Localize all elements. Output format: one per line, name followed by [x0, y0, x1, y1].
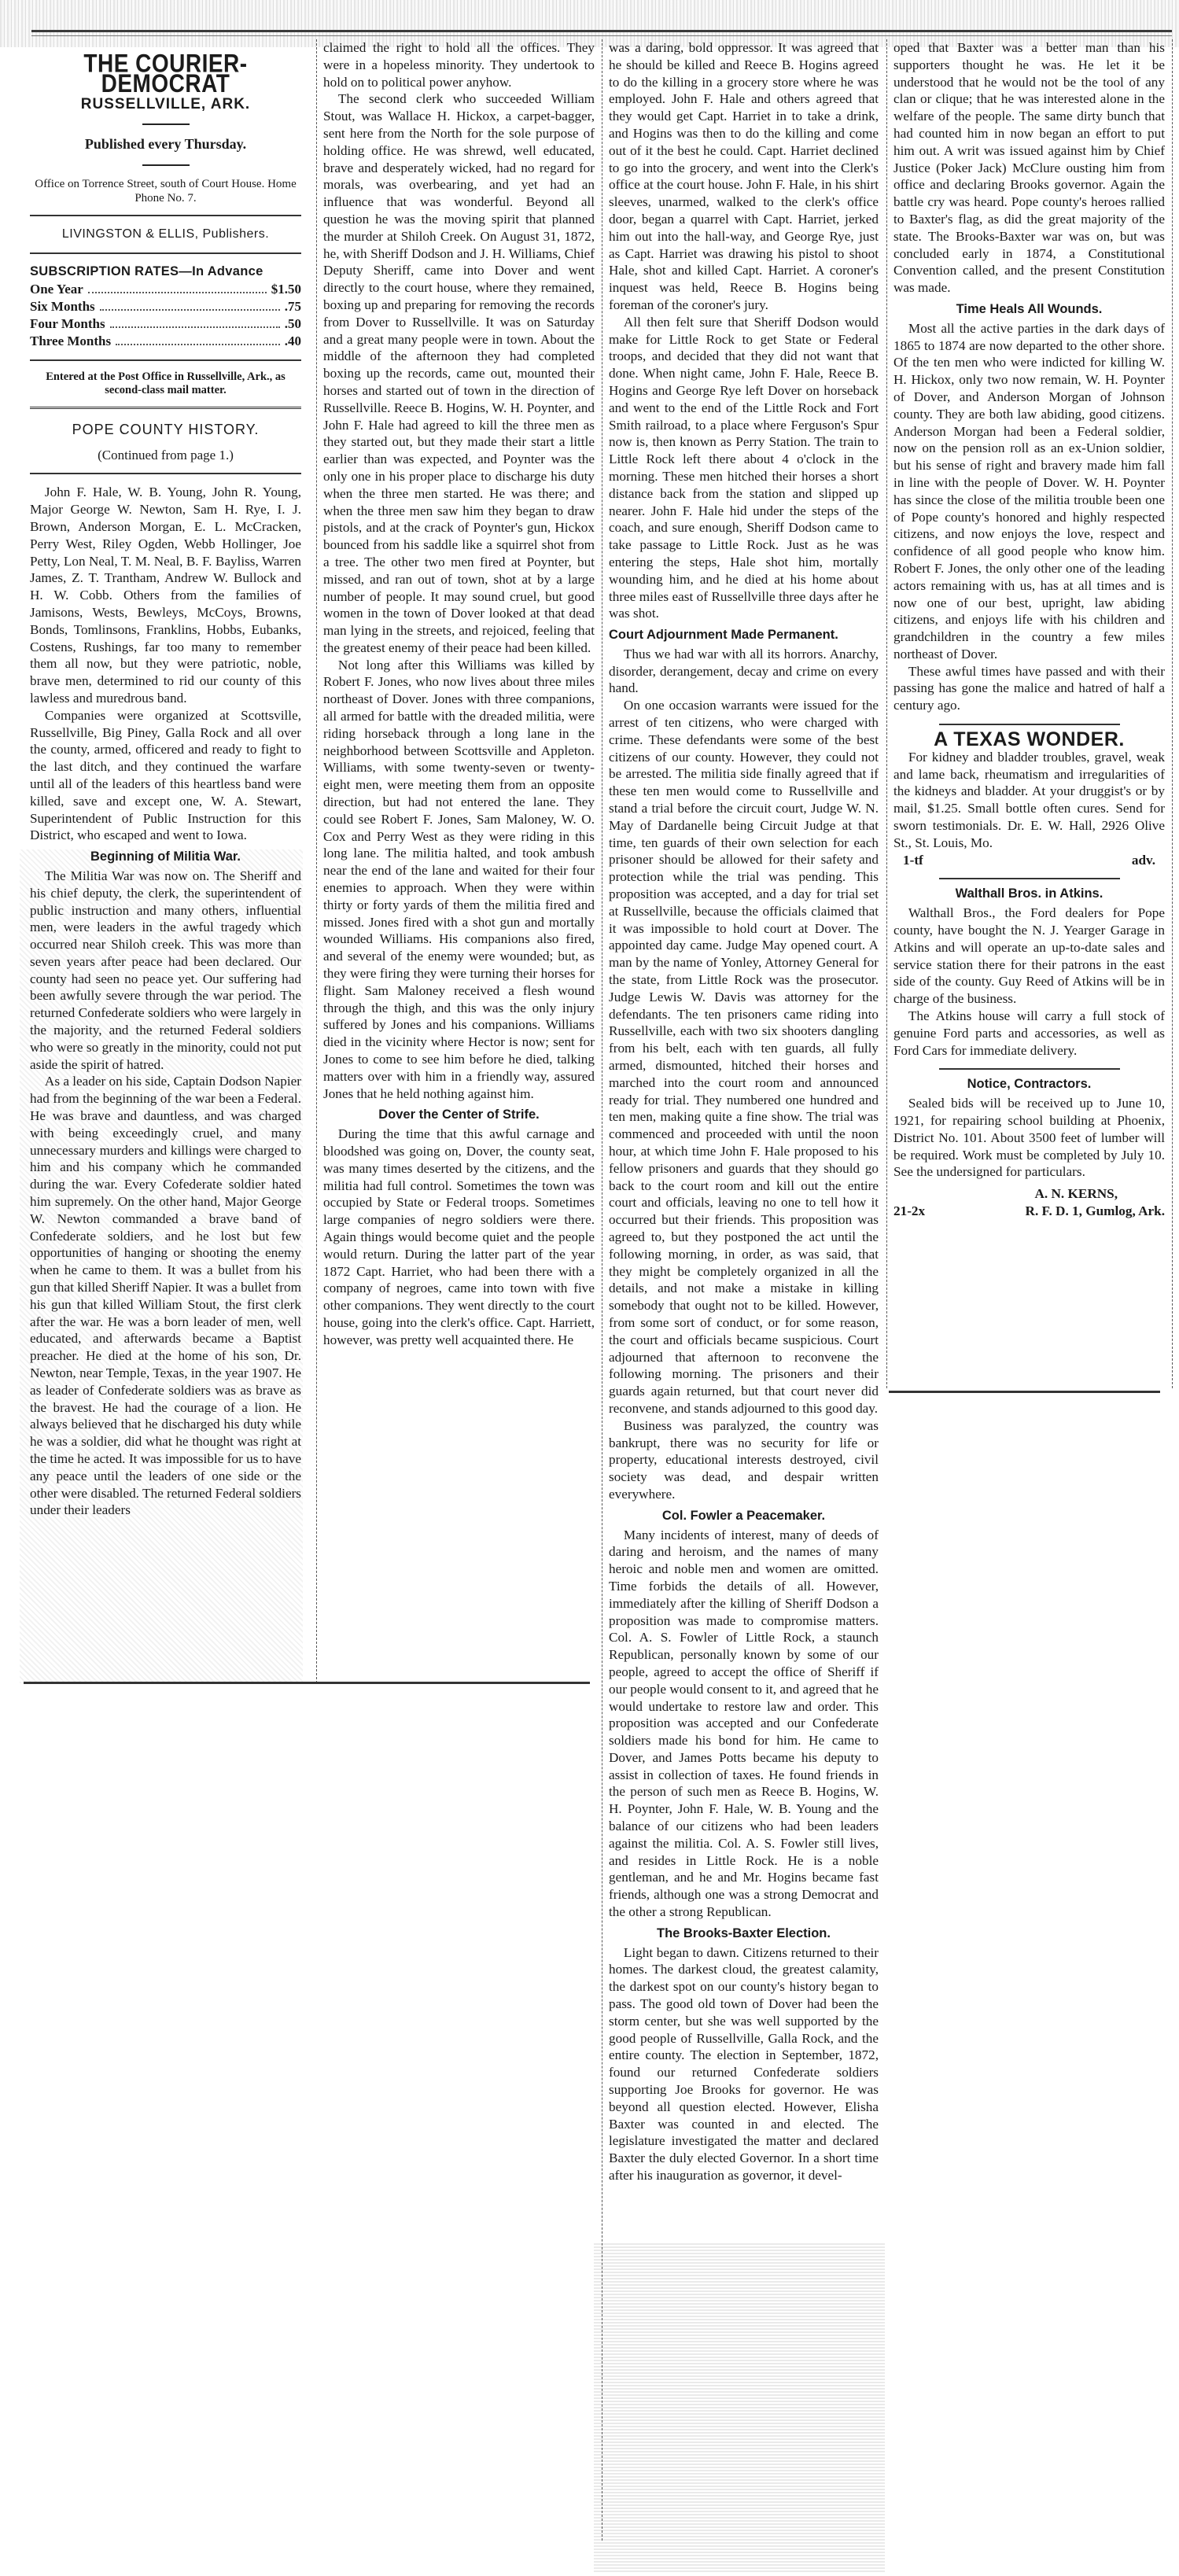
postal-notice: Entered at the Post Office in Russellvil…	[30, 370, 301, 397]
ad-walthall-title: Walthall Bros. in Atkins.	[893, 886, 1165, 903]
newspaper-title: THE COURIER-DEMOCRAT	[30, 54, 301, 94]
paragraph: Companies were organized at Scottsville,…	[30, 707, 301, 844]
article-body: Many incidents of interest, many of deed…	[609, 1527, 879, 1921]
article-body: Thus we had war with all its horrors. An…	[609, 646, 879, 1503]
article-body: was a daring, bold oppressor. It was agr…	[609, 39, 879, 622]
leader-dots	[116, 333, 280, 345]
divider	[142, 164, 190, 166]
rate-row: Four Months.50	[30, 315, 301, 333]
subheading-fowler: Col. Fowler a Peacemaker.	[609, 1508, 879, 1525]
divider	[30, 359, 301, 361]
rate-term: One Year	[30, 281, 83, 298]
divider	[939, 1068, 1120, 1070]
subheading-dover: Dover the Center of Strife.	[323, 1107, 595, 1124]
subheading-brooks-baxter: The Brooks-Baxter Election.	[609, 1926, 879, 1943]
paragraph: On one occasion warrants were issued for…	[609, 697, 879, 1417]
paragraph: As a leader on his side, Captain Dodson …	[30, 1073, 301, 1519]
rate-term: Six Months	[30, 298, 95, 315]
rate-price: .50	[285, 315, 301, 333]
divider	[30, 473, 301, 474]
article-body: The Militia War was now on. The Sheriff …	[30, 868, 301, 1519]
divider	[30, 215, 301, 216]
rate-row: Three Months.40	[30, 333, 301, 350]
ad-code: 1-tf	[903, 852, 923, 869]
column-1: THE COURIER-DEMOCRAT RUSSELLVILLE, ARK. …	[30, 39, 301, 1519]
article-body: Light began to dawn. Citizens returned t…	[609, 1944, 879, 2184]
ad-tag: adv.	[1132, 852, 1155, 869]
page-top-rule	[31, 30, 1172, 36]
column-4: oped that Baxter was a better man than h…	[886, 39, 1165, 1388]
office-address: Office on Torrence Street, south of Cour…	[30, 177, 301, 205]
subheading-militia: Beginning of Militia War.	[30, 849, 301, 866]
article-body: claimed the right to hold all the office…	[323, 39, 595, 1102]
divider	[939, 878, 1120, 879]
subheading-court: Court Adjournment Made Permanent.	[609, 627, 879, 644]
leader-dots	[88, 281, 267, 293]
leader-dots	[100, 298, 280, 311]
divider	[142, 123, 190, 125]
divider	[30, 252, 301, 254]
ad-texas-wonder-title: A TEXAS WONDER.	[893, 732, 1165, 749]
article-body: John F. Hale, W. B. Young, John R. Young…	[30, 484, 301, 844]
paragraph: John F. Hale, W. B. Young, John R. Young…	[30, 484, 301, 706]
rate-row: Six Months.75	[30, 298, 301, 315]
notice-footer: 21-2x R. F. D. 1, Gumlog, Ark.	[893, 1203, 1165, 1220]
rate-term: Four Months	[30, 315, 105, 333]
publication-schedule: Published every Thursday.	[30, 136, 301, 153]
publishers-line: LIVINGSTON & ELLIS, Publishers.	[30, 226, 301, 243]
rate-price: $1.50	[271, 281, 301, 298]
rate-price: .40	[285, 333, 301, 350]
paragraph: The Atkins house will carry a full stock…	[893, 1008, 1165, 1059]
paragraph: Business was paralyzed, the country was …	[609, 1417, 879, 1503]
leader-dots	[110, 315, 280, 328]
paragraph: Many incidents of interest, many of deed…	[609, 1527, 879, 1921]
notice-code: 21-2x	[893, 1203, 925, 1220]
article-continued: (Continued from page 1.)	[30, 447, 301, 464]
ad-texas-wonder-footer: 1-tf adv.	[893, 852, 1165, 869]
column-3: was a daring, bold oppressor. It was agr…	[602, 39, 879, 2541]
ad-texas-wonder-body: For kidney and bladder troubles, gravel,…	[893, 749, 1165, 852]
rate-row: One Year$1.50	[30, 281, 301, 298]
rate-term: Three Months	[30, 333, 111, 350]
notice-body: Sealed bids will be received up to June …	[893, 1095, 1165, 1181]
notice-title: Notice, Contractors.	[893, 1076, 1165, 1093]
divider	[939, 724, 1120, 725]
paragraph: All then felt sure that Sheriff Dodson w…	[609, 314, 879, 622]
paragraph: The Militia War was now on. The Sheriff …	[30, 868, 301, 1074]
paragraph: The second clerk who succeeded William S…	[323, 90, 595, 656]
column-2: claimed the right to hold all the office…	[316, 39, 595, 1683]
column-bottom-rule	[889, 1391, 1160, 1393]
notice-address: R. F. D. 1, Gumlog, Ark.	[1026, 1203, 1165, 1220]
column-bottom-rule	[24, 1682, 590, 1684]
paragraph: Most all the active parties in the dark …	[893, 320, 1165, 663]
paragraph: Light began to dawn. Citizens returned t…	[609, 1944, 879, 2184]
subheading-time-heals: Time Heals All Wounds.	[893, 301, 1165, 319]
paragraph: was a daring, bold oppressor. It was agr…	[609, 39, 879, 314]
article-body: During the time that this awful carnage …	[323, 1126, 595, 1348]
paragraph: Not long after this Williams was killed …	[323, 657, 595, 1103]
paragraph: claimed the right to hold all the office…	[323, 39, 595, 90]
paragraph: During the time that this awful carnage …	[323, 1126, 595, 1348]
paragraph: Walthall Bros., the Ford dealers for Pop…	[893, 905, 1165, 1008]
subscription-heading: SUBSCRIPTION RATES—In Advance	[30, 263, 301, 281]
paragraph: Thus we had war with all its horrors. An…	[609, 646, 879, 697]
article-body: Most all the active parties in the dark …	[893, 320, 1165, 714]
article-title: POPE COUNTY HISTORY.	[30, 422, 301, 439]
notice-signer: A. N. KERNS,	[893, 1185, 1165, 1203]
newspaper-city: RUSSELLVILLE, ARK.	[30, 96, 301, 113]
divider	[30, 407, 301, 409]
article-body: oped that Baxter was a better man than h…	[893, 39, 1165, 297]
subscription-rates: One Year$1.50Six Months.75Four Months.50…	[30, 281, 301, 350]
paragraph: These awful times have passed and with t…	[893, 663, 1165, 714]
ad-walthall-body: Walthall Bros., the Ford dealers for Pop…	[893, 905, 1165, 1059]
rate-price: .75	[285, 298, 301, 315]
paragraph: oped that Baxter was a better man than h…	[893, 39, 1165, 297]
